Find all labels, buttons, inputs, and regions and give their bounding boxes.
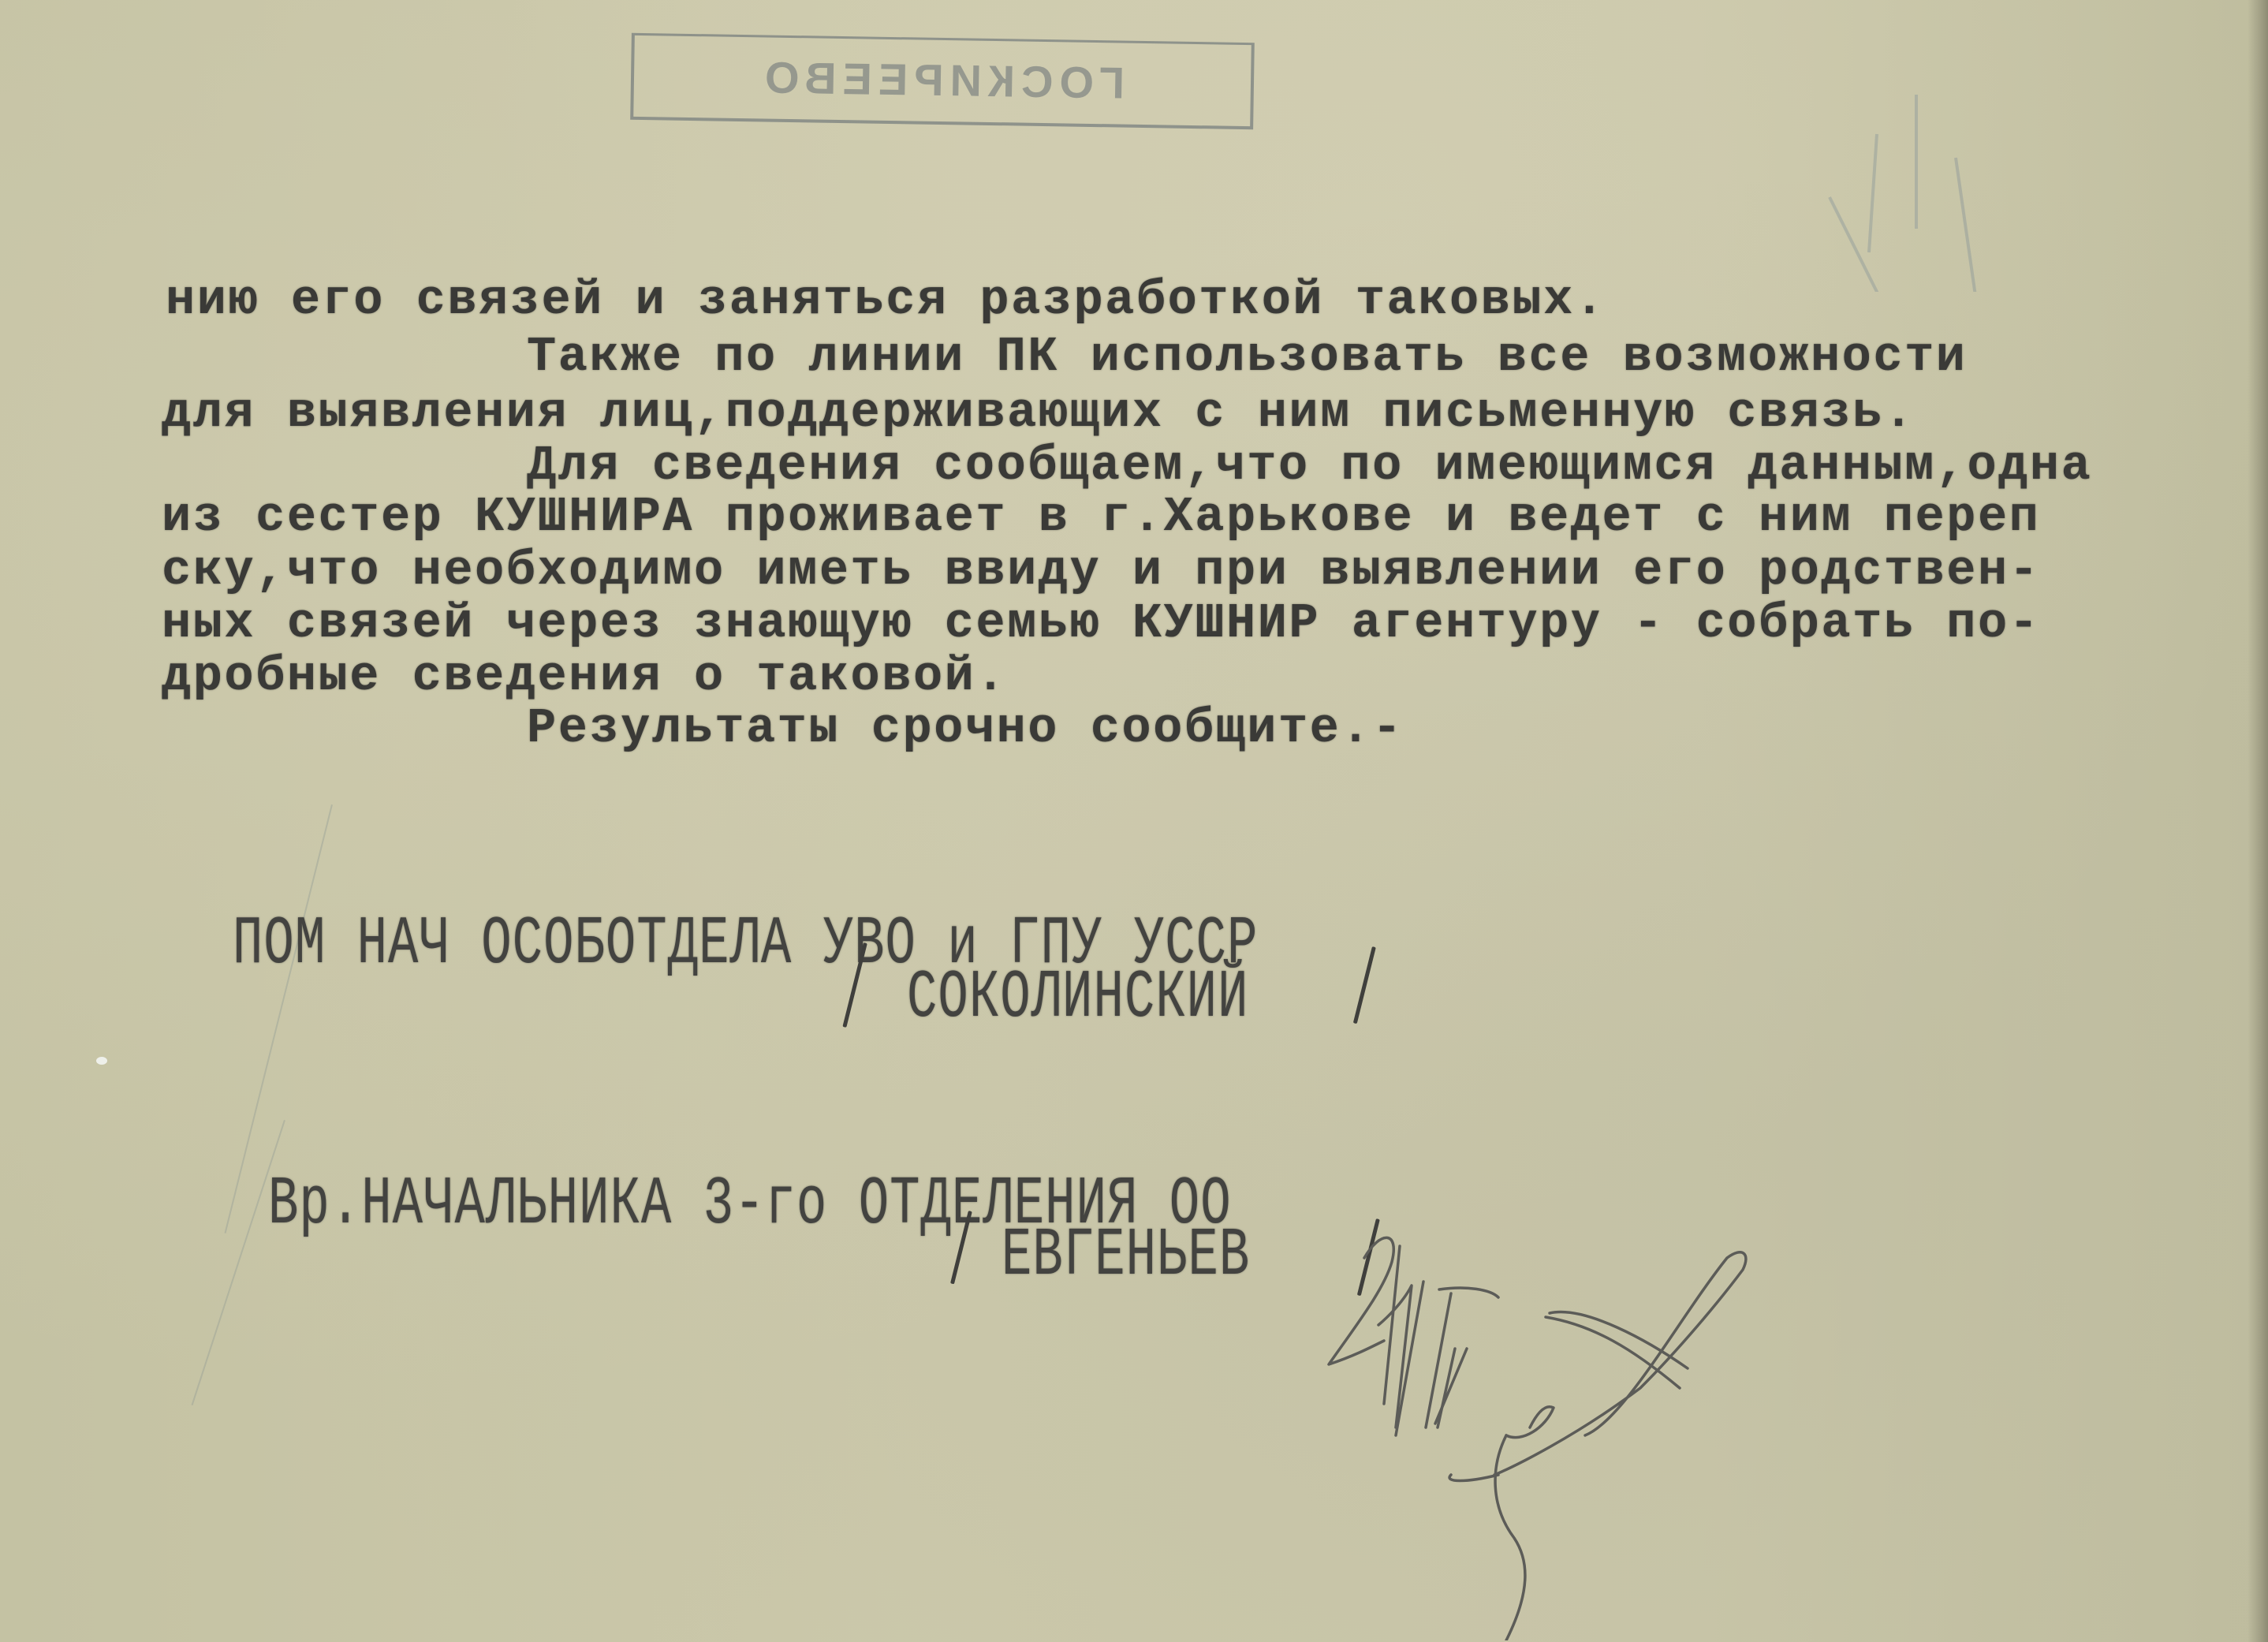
body-line-1: нию его связей и заняться разработкой та… [166, 272, 1606, 328]
body-line-2: Также по линии ПК использовать все возмо… [527, 329, 1967, 385]
body-line-9: Результаты срочно сообщите.- [527, 700, 1404, 756]
body-line-6: ску,что необходимо иметь ввиду и при выя… [162, 543, 2040, 599]
mirrored-stamp: ГОСКИРЕЕВО [630, 33, 1255, 129]
body-line-3: для выявления лиц,поддерживающих с ним п… [162, 385, 1915, 441]
body-line-7: ных связей через знающую семью КУШНИР аг… [162, 595, 2040, 651]
body-line-4: Для сведения сообщаем,что по имеющимся д… [527, 438, 2092, 494]
bleed-through-marks [1822, 87, 2027, 292]
signature-name-2: ЕВГЕНЬЕВ [1002, 1218, 1250, 1295]
handwritten-signature [1309, 1215, 2098, 1640]
crease-line [192, 1120, 285, 1405]
stamp-text: ГОСКИРЕЕВО [689, 50, 1195, 110]
paper-speck [96, 1057, 107, 1065]
slash-mark [1353, 946, 1376, 1024]
signature-name-1: СОКОЛИНСКИЙ [907, 961, 1248, 1037]
page-edge-shadow [2247, 0, 2268, 1642]
body-line-5: из сестер КУШНИРА проживает в г.Харькове… [162, 489, 2040, 545]
body-line-8: дробные сведения о таковой. [162, 648, 1007, 704]
